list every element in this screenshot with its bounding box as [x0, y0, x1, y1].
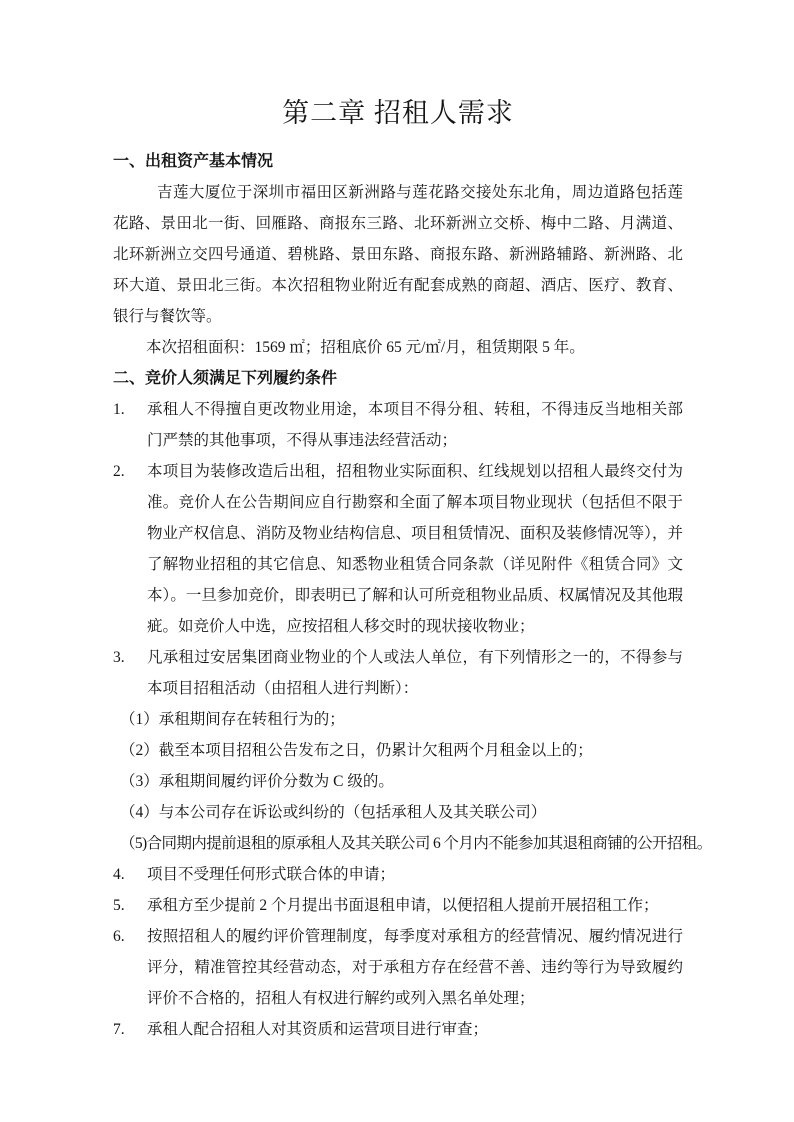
- list-item-5: 5. 承租方至少提前 2 个月提出书面退租申请，以便招租人提前开展招租工作；: [113, 890, 683, 921]
- list-item-text: 承租人配合招租人对其资质和运营项目进行审查；: [147, 1021, 488, 1038]
- list-item-3: 3. 凡承租过安居集团商业物业的个人或法人单位，有下列情形之一的，不得参与本项目…: [113, 642, 683, 704]
- section2-heading: 二、竞价人须满足下列履约条件: [113, 363, 683, 394]
- section1-paragraph-location: 吉莲大厦位于深圳市福田区新洲路与莲花路交接处东北角，周边道路包括莲花路、景田北一…: [113, 177, 683, 332]
- list-item-text: 承租方至少提前 2 个月提出书面退租申请，以便招租人提前开展招租工作；: [147, 897, 659, 914]
- section1-paragraph-area-price: 本次招租面积：1569 ㎡；招租底价 65 元/㎡/月，租赁期限 5 年。: [113, 332, 683, 363]
- sub-item-5: （5)合同期内提前退租的原承租人及其关联公司 6 个月内不能参加其退租商铺的公开…: [113, 828, 683, 859]
- list-item-7: 7. 承租人配合招租人对其资质和运营项目进行审查；: [113, 1014, 683, 1045]
- document-page: 第二章 招租人需求 一、出租资产基本情况 吉莲大厦位于深圳市福田区新洲路与莲花路…: [0, 0, 794, 1122]
- sub-item-1: （1）承租期间存在转租行为的；: [113, 704, 683, 735]
- list-item-number: 5.: [113, 890, 125, 921]
- chapter-title: 第二章 招租人需求: [113, 94, 683, 132]
- list-item-4: 4. 项目不受理任何形式联合体的申请；: [113, 859, 683, 890]
- list-item-2: 2. 本项目为装修改造后出租，招租物业实际面积、红线规划以招租人最终交付为准。竞…: [113, 456, 683, 642]
- list-item-number: 2.: [113, 456, 125, 487]
- list-item-text: 按照招租人的履约评价管理制度，每季度对承租方的经营情况、履约情况进行评分，精准管…: [147, 928, 683, 1007]
- list-item-number: 6.: [113, 921, 125, 952]
- section1-heading: 一、出租资产基本情况: [113, 146, 683, 177]
- list-item-number: 7.: [113, 1014, 125, 1045]
- list-item-text: 凡承租过安居集团商业物业的个人或法人单位，有下列情形之一的，不得参与本项目招租活…: [147, 649, 683, 697]
- list-item-6: 6. 按照招租人的履约评价管理制度，每季度对承租方的经营情况、履约情况进行评分，…: [113, 921, 683, 1014]
- sub-item-4: （4）与本公司存在诉讼或纠纷的（包括承租人及其关联公司）: [113, 797, 683, 828]
- list-item-1: 1. 承租人不得擅自更改物业用途，本项目不得分租、转租，不得违反当地相关部门严禁…: [113, 394, 683, 456]
- document-content: 第二章 招租人需求 一、出租资产基本情况 吉莲大厦位于深圳市福田区新洲路与莲花路…: [113, 94, 683, 1045]
- list-item-number: 4.: [113, 859, 125, 890]
- sub-item-2: （2）截至本项目招租公告发布之日，仍累计欠租两个月租金以上的；: [113, 735, 683, 766]
- list-item-text: 承租人不得擅自更改物业用途，本项目不得分租、转租，不得违反当地相关部门严禁的其他…: [147, 401, 683, 449]
- list-item-text: 本项目为装修改造后出租，招租物业实际面积、红线规划以招租人最终交付为准。竞价人在…: [147, 463, 683, 635]
- list-item-number: 3.: [113, 642, 125, 673]
- sub-item-3: （3）承租期间履约评价分数为 C 级的。: [113, 766, 683, 797]
- list-item-text: 项目不受理任何形式联合体的申请；: [147, 866, 395, 883]
- list-item-number: 1.: [113, 394, 125, 425]
